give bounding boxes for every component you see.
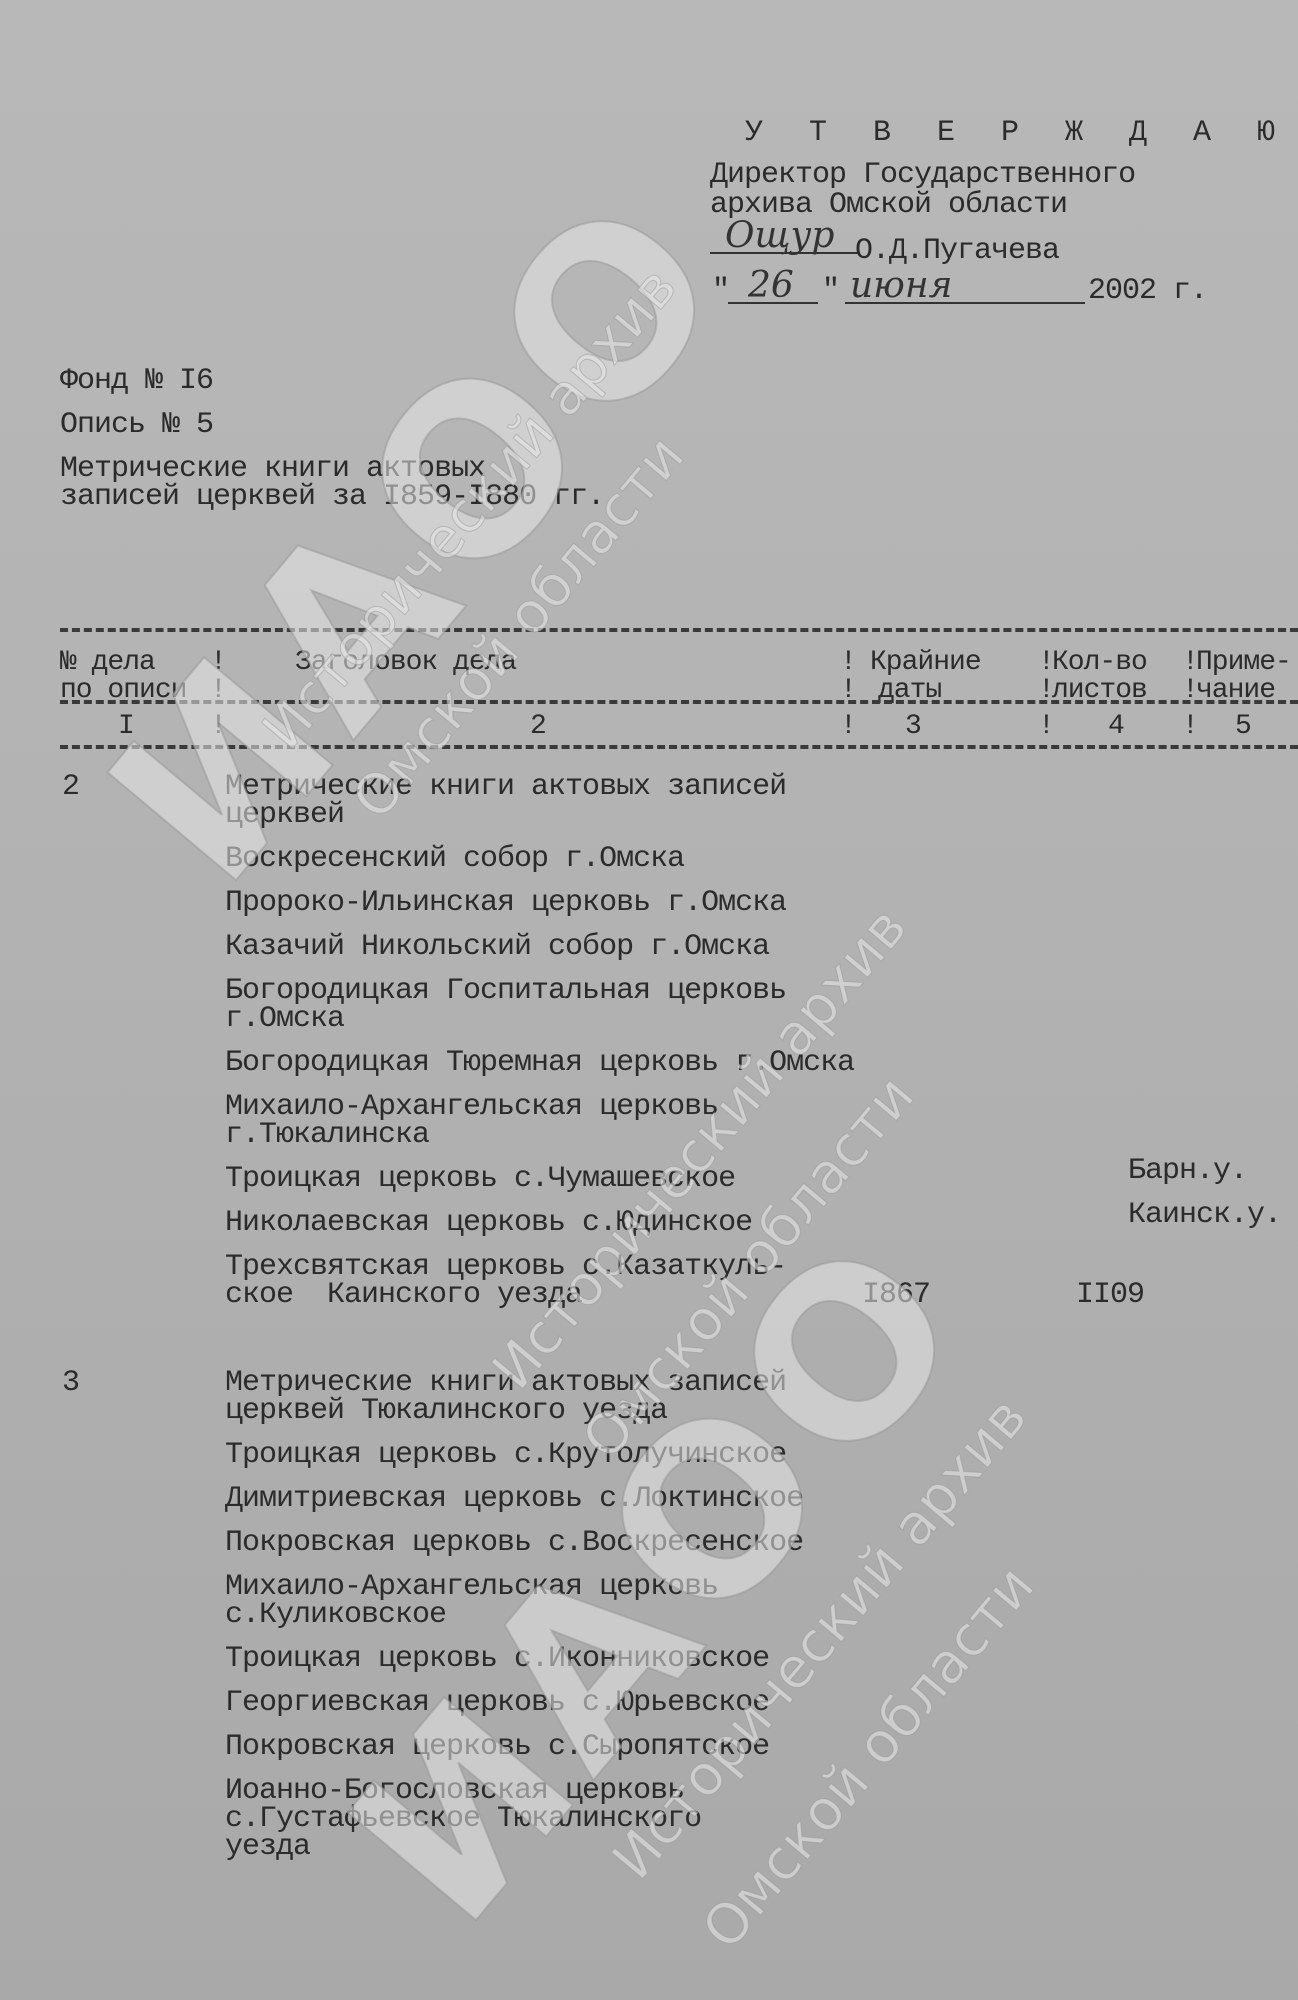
church-entry: Воскресенский собор г.Омска bbox=[225, 844, 684, 874]
entry-note: Каинск.у. bbox=[1128, 1200, 1281, 1230]
church-entry: г.Тюкалинска bbox=[225, 1120, 429, 1150]
col-separator: ! bbox=[840, 648, 856, 678]
col2-number: 2 bbox=[530, 712, 546, 742]
col-separator: ! bbox=[1182, 712, 1198, 742]
approval-position-line1: Директор Государственного bbox=[710, 160, 1135, 190]
church-entry: Димитриевская церковь с.Локтинское bbox=[225, 1484, 803, 1514]
col3-number: 3 bbox=[905, 712, 921, 742]
church-entry: ское Каинского уезда bbox=[225, 1280, 582, 1310]
case-title: церквей bbox=[225, 800, 344, 830]
church-entry: Троицкая церковь с.Иконниковское bbox=[225, 1644, 769, 1674]
church-entry: г.Омска bbox=[225, 1004, 344, 1034]
church-entry: с.Куликовское bbox=[225, 1600, 446, 1630]
watermark-logo: ИАОО bbox=[60, 146, 780, 932]
church-entry: Николаевская церковь с.Юдинское bbox=[225, 1208, 752, 1238]
church-entry: уезда bbox=[225, 1832, 310, 1862]
fond-number: Фонд № I6 bbox=[60, 366, 213, 396]
watermark-text: Исторический архив bbox=[480, 895, 920, 1402]
inventory-title-line2: записей церквей за I859-I880 гг. bbox=[60, 482, 604, 512]
case-number: 2 bbox=[62, 772, 79, 802]
date-quote-open: " bbox=[712, 276, 729, 306]
col-separator: ! bbox=[840, 712, 856, 742]
signature-name: О.Д.Пугачева bbox=[855, 236, 1059, 266]
signature-underline bbox=[710, 252, 860, 254]
church-entry: Богородицкая Тюремная церковь г.Омска bbox=[225, 1048, 854, 1078]
date-day-underline bbox=[728, 302, 818, 304]
entry-note: Барн.у. bbox=[1128, 1156, 1247, 1186]
case-number: 3 bbox=[62, 1368, 79, 1398]
case-title: церквей Тюкалинского уезда bbox=[225, 1396, 667, 1426]
approval-title: У Т В Е Р Ж Д А Ю bbox=[745, 118, 1289, 148]
church-entry: Казачий Никольский собор г.Омска bbox=[225, 932, 769, 962]
date-month-underline bbox=[845, 302, 1085, 304]
col-separator: ! bbox=[210, 712, 226, 742]
archive-document-page: У Т В Е Р Ж Д А Ю Директор Государственн… bbox=[0, 0, 1298, 2000]
col3-header-line1: Крайние bbox=[870, 648, 981, 678]
col2-header: Заголовок дела bbox=[295, 648, 516, 678]
col-separator: ! bbox=[210, 648, 226, 678]
col1-number: I bbox=[118, 712, 134, 742]
col-separator: ! bbox=[1038, 712, 1054, 742]
col5-number: 5 bbox=[1235, 712, 1251, 742]
date-day: 26 bbox=[748, 265, 794, 306]
church-entry: Пророко-Ильинская церковь г.Омска bbox=[225, 888, 786, 918]
col5-header-line1: Приме- bbox=[1196, 648, 1291, 678]
church-entry: Покровская церковь с.Сыропятское bbox=[225, 1732, 769, 1762]
church-entry: Покровская церковь с.Воскресенское bbox=[225, 1528, 803, 1558]
col1-header-line1: № дела bbox=[60, 648, 155, 678]
col4-number: 4 bbox=[1108, 712, 1124, 742]
case-dates: I867 bbox=[862, 1280, 930, 1310]
church-entry: Троицкая церковь с.Крутолучинское bbox=[225, 1440, 786, 1470]
case-sheet-count: II09 bbox=[1076, 1280, 1144, 1310]
table-header-rule bbox=[60, 700, 1298, 704]
date-month: июня bbox=[850, 265, 952, 306]
table-top-rule bbox=[60, 628, 1298, 632]
col4-header-line1: Кол-во bbox=[1052, 648, 1147, 678]
date-year: 2002 г. bbox=[1088, 276, 1207, 306]
church-entry: Троицкая церковь с.Чумашевское bbox=[225, 1164, 735, 1194]
date-quote-close: " bbox=[822, 276, 839, 306]
opis-number: Опись № 5 bbox=[60, 410, 213, 440]
signature-scribble: Ощур bbox=[725, 215, 834, 256]
table-bottom-rule bbox=[60, 745, 1298, 749]
church-entry: Георгиевская церковь с.Юрьевское bbox=[225, 1688, 769, 1718]
